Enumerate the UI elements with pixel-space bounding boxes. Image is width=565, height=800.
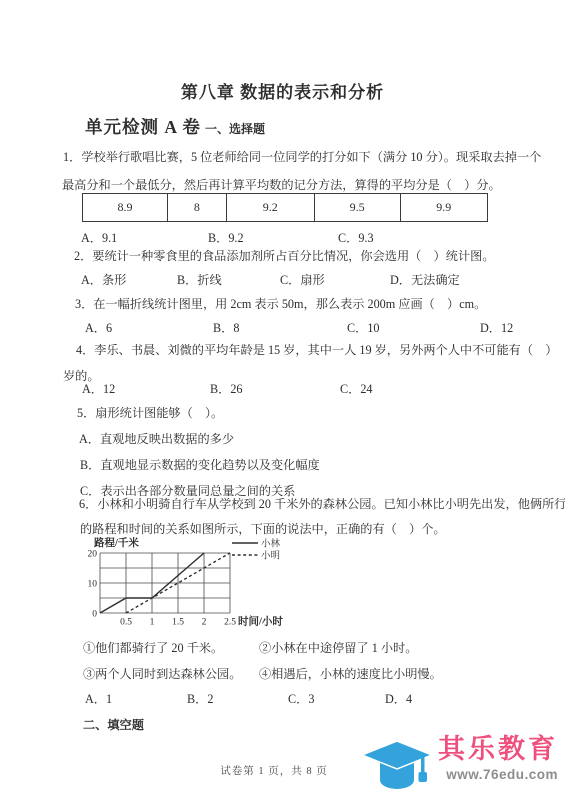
question-6-statements-row2: ③两个人同时到达森林公园。 ④相遇后，小林的速度比小明慢。: [83, 666, 442, 683]
option-c: C．9.3: [338, 230, 374, 247]
svg-text:1: 1: [150, 618, 155, 628]
option-a: A．6: [85, 320, 213, 337]
option-c: C．3: [288, 691, 385, 708]
svg-text:2.5: 2.5: [224, 618, 236, 628]
option-c: C．扇形: [280, 272, 390, 289]
option-c: C．10: [347, 320, 480, 337]
logo-url: www.76edu.com: [438, 767, 558, 782]
svg-text:2: 2: [202, 618, 207, 628]
graduation-cap-icon: [360, 739, 434, 793]
logo-text-block: 其乐教育 www.76edu.com: [438, 735, 558, 782]
section-heading: 单元检测 A 卷一、选择题: [85, 114, 265, 139]
svg-text:路程/千米: 路程/千米: [93, 536, 139, 549]
svg-text:时间/小时: 时间/小时: [238, 615, 283, 628]
question-3-text: 3．在一幅折线统计图里，用 2cm 表示 50m，那么表示 200m 应画（ ）…: [75, 296, 486, 313]
option-b: B．9.2: [208, 230, 338, 247]
score-table: 8.9 8 9.2 9.5 9.9: [82, 193, 488, 222]
question-4-options: A．12 B．26 C．24: [82, 381, 373, 398]
score-cell: 8.9: [83, 194, 168, 222]
svg-text:1.5: 1.5: [172, 618, 184, 628]
question-5-text: 5．扇形统计图能够（ ）。: [77, 405, 223, 422]
svg-text:小林: 小林: [261, 538, 281, 550]
statement-3: ③两个人同时到达森林公园。: [83, 666, 259, 683]
part1-heading: 一、选择题: [205, 122, 265, 136]
question-5-option-b: B．直观地显示数据的变化趋势以及变化幅度: [80, 457, 320, 474]
question-1-line1: 1．学校举行歌唱比赛，5 位老师给同一位同学的打分如下（满分 10 分）。现采取…: [63, 149, 541, 166]
statement-1: ①他们都骑行了 20 千米。: [83, 640, 259, 657]
question-6-options: A．1 B．2 C．3 D．4: [85, 691, 412, 708]
question-1-options: A．9.1 B．9.2 C．9.3: [81, 230, 374, 247]
score-cell: 9.9: [400, 194, 488, 222]
svg-text:20: 20: [88, 550, 98, 560]
option-b: B．26: [210, 381, 340, 398]
score-cell: 9.2: [226, 194, 314, 222]
option-b: B．8: [213, 320, 347, 337]
score-cell: 9.5: [314, 194, 400, 222]
unit-test-heading: 单元检测 A 卷: [85, 117, 201, 137]
svg-text:0.5: 0.5: [120, 618, 132, 628]
logo: 其乐教育 www.76edu.com: [360, 735, 558, 793]
svg-text:10: 10: [88, 580, 98, 590]
question-6-line1: 6．小林和小明骑自行车从学校到 20 千米外的森林公园。已知小林比小明先出发，他…: [79, 496, 565, 513]
distance-time-chart: 0.511.522.501020小林小明路程/千米时间/小时: [80, 536, 330, 628]
option-c: C．24: [340, 381, 373, 398]
part2-heading: 二、填空题: [83, 717, 144, 734]
option-d: D．无法确定: [390, 272, 460, 289]
option-a: A．12: [82, 381, 210, 398]
option-b: B．折线: [177, 272, 280, 289]
option-a: A．9.1: [81, 230, 208, 247]
logo-name: 其乐教育: [438, 735, 558, 765]
question-4-line1: 4．李乐、书晨、刘微的平均年龄是 15 岁，其中一人 19 岁，另外两个人中不可…: [76, 342, 557, 359]
svg-text:小明: 小明: [261, 550, 280, 562]
question-1-line2: 最高分和一个最低分，然后再计算平均数的记分方法，算得的平均分是（ ）分。: [62, 177, 501, 194]
score-cell: 8: [168, 194, 227, 222]
option-d: D．4: [385, 691, 412, 708]
question-3-options: A．6 B．8 C．10 D．12: [85, 320, 513, 337]
svg-text:0: 0: [92, 610, 97, 620]
question-5-option-a: A．直观地反映出数据的多少: [79, 431, 234, 448]
option-a: A．条形: [81, 272, 177, 289]
question-6-statements-row1: ①他们都骑行了 20 千米。 ②小林在中途停留了 1 小时。: [83, 640, 417, 657]
option-b: B．2: [187, 691, 288, 708]
line-chart: 0.511.522.501020小林小明路程/千米时间/小时: [80, 536, 330, 628]
option-d: D．12: [480, 320, 513, 337]
option-a: A．1: [85, 691, 187, 708]
statement-4: ④相遇后，小林的速度比小明慢。: [259, 666, 442, 683]
question-2-options: A．条形 B．折线 C．扇形 D．无法确定: [81, 272, 460, 289]
page-title: 第八章 数据的表示和分析: [0, 78, 565, 103]
question-2-text: 2．要统计一种零食里的食品添加剂所占百分比情况，你会选用（ ）统计图。: [74, 248, 494, 265]
test-paper-page: 第八章 数据的表示和分析 单元检测 A 卷一、选择题 1．学校举行歌唱比赛，5 …: [0, 0, 565, 800]
statement-2: ②小林在中途停留了 1 小时。: [259, 640, 417, 657]
